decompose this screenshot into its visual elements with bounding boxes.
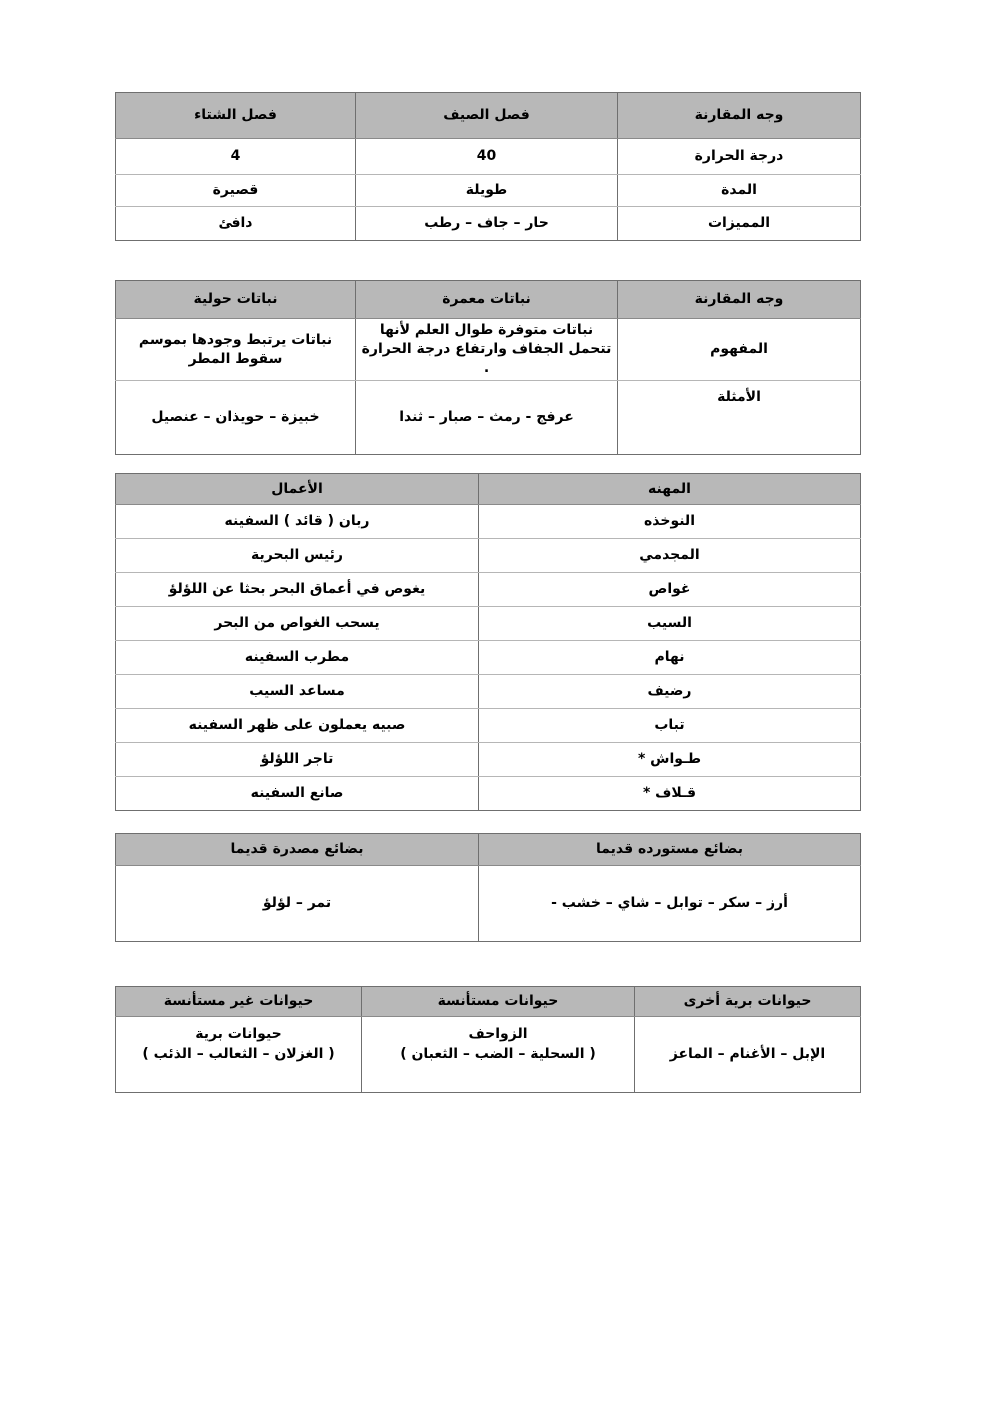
professions-table: المهنه الأعمال النوخذه ربان ( قائد ) الس…	[115, 473, 861, 811]
profession-name-cell: المجدمي	[479, 539, 861, 573]
profession-work-cell: يغوص في أعماق البحر بحثا عن اللؤلؤ	[116, 573, 479, 607]
table-row: أرز – سكر – توابل – شاي – خشب - تمر – لؤ…	[116, 866, 861, 942]
winter-temperature-value: 4	[116, 139, 356, 175]
profession-work-cell: صبيه يعملون على ظهر السفينه	[116, 709, 479, 743]
perennial-concept-value: نباتات متوفرة طوال العلم لأنها تتحمل الج…	[356, 319, 618, 381]
table-row: نهام مطرب السفينه	[116, 641, 861, 675]
winter-features-value: دافئ	[116, 207, 356, 241]
header-comparison-aspect: وجه المقارنة	[618, 281, 861, 319]
table-row: السيب يسحب الغواص من البحر	[116, 607, 861, 641]
table-row: المدة طويلة قصيرة	[116, 175, 861, 207]
table-row: المفهوم نباتات متوفرة طوال العلم لأنها ت…	[116, 319, 861, 381]
summer-features-value: حار – جاف – رطب	[356, 207, 618, 241]
table-header-row: حيوانات برية أخرى حيوانات مستأنسة حيوانا…	[116, 987, 861, 1017]
profession-name-cell: غواص	[479, 573, 861, 607]
table-row: الإبل – الأغنام – الماعز الزواحف ( السحل…	[116, 1017, 861, 1093]
header-perennial-plants: نباتات معمرة	[356, 281, 618, 319]
table-row: درجة الحرارة 40 4	[116, 139, 861, 175]
table-row: المميزات حار – جاف – رطب دافئ	[116, 207, 861, 241]
header-annual-plants: نباتات حولية	[116, 281, 356, 319]
domesticated-animals-list: الزواحف ( السحلية – الضب – الثعبان )	[362, 1017, 635, 1093]
table-row: تباب صبيه يعملون على ظهر السفينه	[116, 709, 861, 743]
header-duties: الأعمال	[116, 474, 479, 505]
table-row: غواص يغوص في أعماق البحر بحثا عن اللؤلؤ	[116, 573, 861, 607]
header-comparison-aspect: وجه المقارنة	[618, 93, 861, 139]
header-other-wild-animals: حيوانات برية أخرى	[635, 987, 861, 1017]
summer-temperature-value: 40	[356, 139, 618, 175]
other-wild-animals-list: الإبل – الأغنام – الماعز	[635, 1017, 861, 1093]
header-domesticated-animals: حيوانات مستأنسة	[362, 987, 635, 1017]
header-undomesticated-animals: حيوانات غير مستأنسة	[116, 987, 362, 1017]
profession-work-cell: مساعد السيب	[116, 675, 479, 709]
profession-work-cell: ربان ( قائد ) السفينه	[116, 505, 479, 539]
header-winter-season: فصل الشتاء	[116, 93, 356, 139]
table-row: الأمثلة عرفج - رمث – صبار – ثندا خبيزة –…	[116, 381, 861, 455]
profession-work-cell: يسحب الغواص من البحر	[116, 607, 479, 641]
profession-name-cell: طـواش *	[479, 743, 861, 777]
seasons-comparison-table: وجه المقارنة فصل الصيف فصل الشتاء درجة ا…	[115, 92, 861, 241]
perennial-examples-value: عرفج - رمث – صبار – ثندا	[356, 381, 618, 455]
annual-examples-value: خبيزة – حويذان – عنصيل	[116, 381, 356, 455]
table-header-row: بضائع مستورده قديما بضائع مصدرة قديما	[116, 834, 861, 866]
annual-concept-value: نباتات يرتبط وجودها بموسم سقوط المطر	[116, 319, 356, 381]
header-profession: المهنه	[479, 474, 861, 505]
temperature-label: درجة الحرارة	[618, 139, 861, 175]
profession-name-cell: رضيف	[479, 675, 861, 709]
table-row: قـلاف * صانع السفينه	[116, 777, 861, 811]
profession-work-cell: تاجر اللؤلؤ	[116, 743, 479, 777]
summer-duration-value: طويلة	[356, 175, 618, 207]
table-row: النوخذه ربان ( قائد ) السفينه	[116, 505, 861, 539]
domesticated-animals-title: الزواحف	[367, 1024, 629, 1044]
header-exported-goods: بضائع مصدرة قديما	[116, 834, 479, 866]
domesticated-animals-examples: ( السحلية – الضب – الثعبان )	[367, 1044, 629, 1064]
features-label: المميزات	[618, 207, 861, 241]
winter-duration-value: قصيرة	[116, 175, 356, 207]
undomesticated-animals-examples: ( الغزلان – الثعالب – الذئب )	[121, 1044, 356, 1064]
header-imported-goods: بضائع مستورده قديما	[479, 834, 861, 866]
duration-label: المدة	[618, 175, 861, 207]
profession-name-cell: السيب	[479, 607, 861, 641]
concept-label: المفهوم	[618, 319, 861, 381]
animals-table: حيوانات برية أخرى حيوانات مستأنسة حيوانا…	[115, 986, 861, 1093]
undomesticated-animals-list: حيوانات برية ( الغزلان – الثعالب – الذئب…	[116, 1017, 362, 1093]
trade-goods-table: بضائع مستورده قديما بضائع مصدرة قديما أر…	[115, 833, 861, 942]
profession-name-cell: النوخذه	[479, 505, 861, 539]
table-header-row: وجه المقارنة نباتات معمرة نباتات حولية	[116, 281, 861, 319]
profession-work-cell: رئيس البحرية	[116, 539, 479, 573]
table-header-row: وجه المقارنة فصل الصيف فصل الشتاء	[116, 93, 861, 139]
profession-name-cell: قـلاف *	[479, 777, 861, 811]
profession-work-cell: صانع السفينه	[116, 777, 479, 811]
table-header-row: المهنه الأعمال	[116, 474, 861, 505]
plants-comparison-table: وجه المقارنة نباتات معمرة نباتات حولية ا…	[115, 280, 861, 455]
header-summer-season: فصل الصيف	[356, 93, 618, 139]
table-row: المجدمي رئيس البحرية	[116, 539, 861, 573]
table-row: رضيف مساعد السيب	[116, 675, 861, 709]
examples-label: الأمثلة	[618, 381, 861, 455]
profession-name-cell: تباب	[479, 709, 861, 743]
table-row: طـواش * تاجر اللؤلؤ	[116, 743, 861, 777]
profession-name-cell: نهام	[479, 641, 861, 675]
undomesticated-animals-title: حيوانات برية	[121, 1024, 356, 1044]
document-page: وجه المقارنة فصل الصيف فصل الشتاء درجة ا…	[0, 0, 992, 1403]
exported-goods-list: تمر – لؤلؤ	[116, 866, 479, 942]
imported-goods-list: أرز – سكر – توابل – شاي – خشب -	[479, 866, 861, 942]
profession-work-cell: مطرب السفينه	[116, 641, 479, 675]
